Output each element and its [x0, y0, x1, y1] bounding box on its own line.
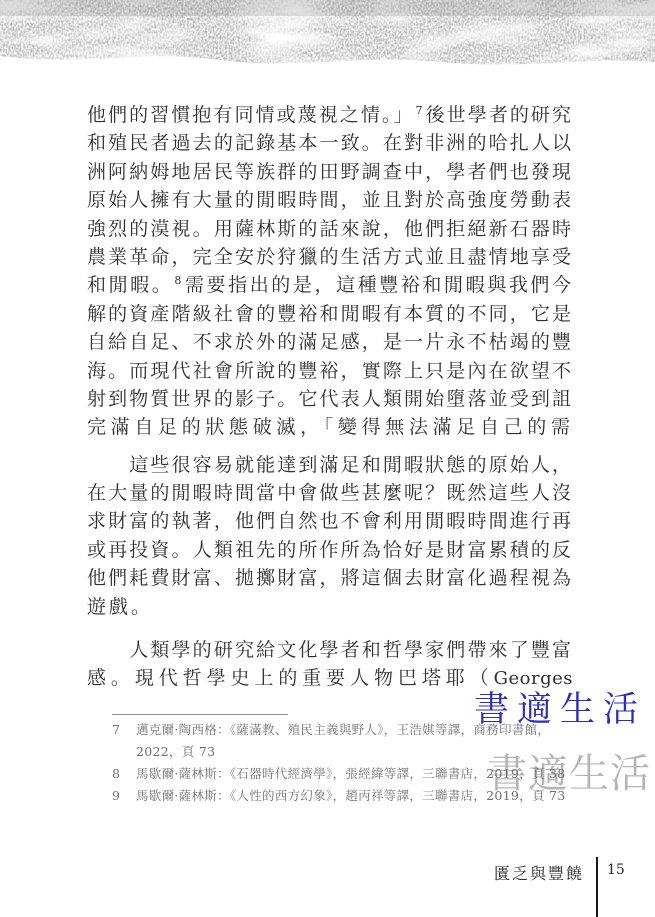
- body-line: 他們的習慣抱有同情或蔑視之情。」7後世學者的研究結果: [87, 101, 573, 129]
- body-line: 原始人擁有大量的閒暇時間，並且對於高強度勞動表現出: [87, 186, 573, 214]
- footnote-line: 馬歇爾·薩林斯：《石器時代經濟學》，張經緯等譯，三聯書店，2019，頁 38: [136, 763, 566, 785]
- footnote-number: 7: [112, 719, 136, 763]
- footnote-number: 9: [112, 785, 136, 807]
- footnote-line: 邁克爾·陶西格：《薩滿教、殖民主義與野人》，王浩娸等譯，商務印書館，: [136, 719, 562, 741]
- text-run: 自給自足、不求於外的滿足感，是一片永不枯竭的豐饒之: [87, 331, 573, 356]
- paragraph: 這些很容易就能達到滿足和閒暇狀態的原始人，他們在大量的閒暇時間當中會做些甚麼呢？…: [87, 451, 573, 621]
- footnote-item: 7邁克爾·陶西格：《薩滿教、殖民主義與野人》，王浩娸等譯，商務印書館，2022，…: [112, 719, 562, 763]
- footnote-item: 8馬歇爾·薩林斯：《石器時代經濟學》，張經緯等譯，三聯書店，2019，頁 38: [112, 763, 562, 785]
- body-line: 他們耗費財富、拋擲財富，將這個去財富化過程視為一種: [87, 564, 573, 592]
- body-line: 在大量的閒暇時間當中會做些甚麼呢？既然這些人沒有追: [87, 479, 573, 507]
- paragraph: 人類學的研究給文化學者和哲學家們帶來了豐富的靈感。現代哲學史上的重要人物巴塔耶（…: [87, 636, 573, 693]
- text-run: 感。現代哲學史上的重要人物巴塔耶（: [87, 667, 494, 689]
- body-line: 射到物質世界的影子。它代表人類開始墮落並受到詛咒，: [87, 385, 573, 413]
- body-line: 自給自足、不求於外的滿足感，是一片永不枯竭的豐饒之: [87, 328, 573, 356]
- body-line: 人類學的研究給文化學者和哲學家們帶來了豐富的靈: [87, 636, 573, 664]
- body-line: 強烈的漠視。用薩林斯的話來說，他們拒絕新石器時代的: [87, 215, 573, 243]
- text-run: 強烈的漠視。用薩林斯的話來說，他們拒絕新石器時代的: [87, 218, 573, 243]
- text-run: 完滿自足的狀態破滅，「變得無法滿足自己的需求」。: [87, 416, 573, 441]
- body-line: 海。而現代社會所說的豐裕，實際上只是內在欲望不斷投: [87, 357, 573, 385]
- text-run: 解的資產階級社會的豐裕和閒暇有本質的不同，它是一種: [87, 303, 573, 328]
- footnote-line: 2022，頁 73: [136, 741, 562, 763]
- footnote-text: 馬歇爾·薩林斯：《石器時代經濟學》，張經緯等譯，三聯書店，2019，頁 38: [136, 763, 566, 785]
- page-body-text: 他們的習慣抱有同情或蔑視之情。」7後世學者的研究結果和殖民者過去的記錄基本一致。…: [87, 101, 573, 693]
- footnote-text: 邁克爾·陶西格：《薩滿教、殖民主義與野人》，王浩娸等譯，商務印書館，2022，頁…: [136, 719, 562, 763]
- text-run: 射到物質世界的影子。它代表人類開始墮落並受到詛咒，: [87, 388, 573, 413]
- text-run: 他們耗費財富、拋擲財富，將這個去財富化過程視為一種: [87, 567, 573, 592]
- body-line: 完滿自足的狀態破滅，「變得無法滿足自己的需求」。9: [87, 413, 573, 441]
- body-line: 解的資產階級社會的豐裕和閒暇有本質的不同，它是一種: [87, 300, 573, 328]
- footnote-divider: [112, 714, 288, 715]
- footnote-item: 9馬歇爾·薩林斯：《人性的西方幻象》，趙丙祥等譯，三聯書店，2019，頁 73: [112, 785, 562, 807]
- text-run: 在大量的閒暇時間當中會做些甚麼呢？既然這些人沒有追: [87, 482, 573, 507]
- body-line: 感。現代哲學史上的重要人物巴塔耶（Georges Bataille）受: [87, 664, 573, 692]
- body-line: 求財富的執著，他們自然也不會利用閒暇時間進行再生產: [87, 507, 573, 535]
- text-run: 人類學的研究給文化學者和哲學家們帶來了豐富的靈: [87, 639, 573, 664]
- body-line: 農業革命，完全安於狩獵的生活方式並且盡情地享受豐裕: [87, 243, 573, 271]
- body-line: 遊戲。: [87, 593, 573, 621]
- text-run: 求財富的執著，他們自然也不會利用閒暇時間進行再生產: [87, 510, 573, 535]
- text-run: 洲阿納姆地居民等族群的田野調查中，學者們也發現這些: [87, 161, 573, 186]
- footnote-ref: 7: [415, 104, 426, 117]
- text-run: 原始人擁有大量的閒暇時間，並且對於高強度勞動表現出: [87, 189, 573, 214]
- text-run: 或再投資。人類祖先的所作所為恰好是財富累積的反面——: [87, 539, 573, 564]
- book-page: { "header_image": { "alt": "engraving ar…: [0, 0, 655, 917]
- footer-divider-bar: [596, 857, 598, 917]
- footnote-text: 馬歇爾·薩林斯：《人性的西方幻象》，趙丙祥等譯，三聯書店，2019，頁 73: [136, 785, 566, 807]
- page-number: 15: [607, 862, 625, 878]
- text-run: 海。而現代社會所說的豐裕，實際上只是內在欲望不斷投: [87, 360, 573, 385]
- body-line: 和殖民者過去的記錄基本一致。在對非洲的哈扎人以及澳: [87, 129, 573, 157]
- body-line: 這些很容易就能達到滿足和閒暇狀態的原始人，他們: [87, 451, 573, 479]
- footer-book-title: 匱乏與豐饒: [494, 861, 584, 884]
- footnote-line: 馬歇爾·薩林斯：《人性的西方幻象》，趙丙祥等譯，三聯書店，2019，頁 73: [136, 785, 566, 807]
- text-run: 這些很容易就能達到滿足和閒暇狀態的原始人，他們: [87, 454, 573, 479]
- body-line: 和閒暇。8需要指出的是，這種豐裕和閒暇與我們今天所理: [87, 271, 573, 299]
- engraving-banner-image: [0, 0, 655, 72]
- text-run: 和閒暇。: [87, 274, 173, 296]
- body-line: 洲阿納姆地居民等族群的田野調查中，學者們也發現這些: [87, 158, 573, 186]
- text-run: 農業革命，完全安於狩獵的生活方式並且盡情地享受豐裕: [87, 246, 573, 271]
- footnotes: 7邁克爾·陶西格：《薩滿教、殖民主義與野人》，王浩娸等譯，商務印書館，2022，…: [112, 719, 562, 807]
- text-run: 遊戲。: [87, 596, 153, 618]
- text-run: 他們的習慣抱有同情或蔑視之情。」: [87, 104, 415, 126]
- footnote-number: 8: [112, 763, 136, 785]
- paragraph: 他們的習慣抱有同情或蔑視之情。」7後世學者的研究結果和殖民者過去的記錄基本一致。…: [87, 101, 573, 442]
- text-run: 和殖民者過去的記錄基本一致。在對非洲的哈扎人以及澳: [87, 132, 573, 157]
- footnote-ref: 8: [173, 274, 184, 287]
- body-line: 或再投資。人類祖先的所作所為恰好是財富累積的反面——: [87, 536, 573, 564]
